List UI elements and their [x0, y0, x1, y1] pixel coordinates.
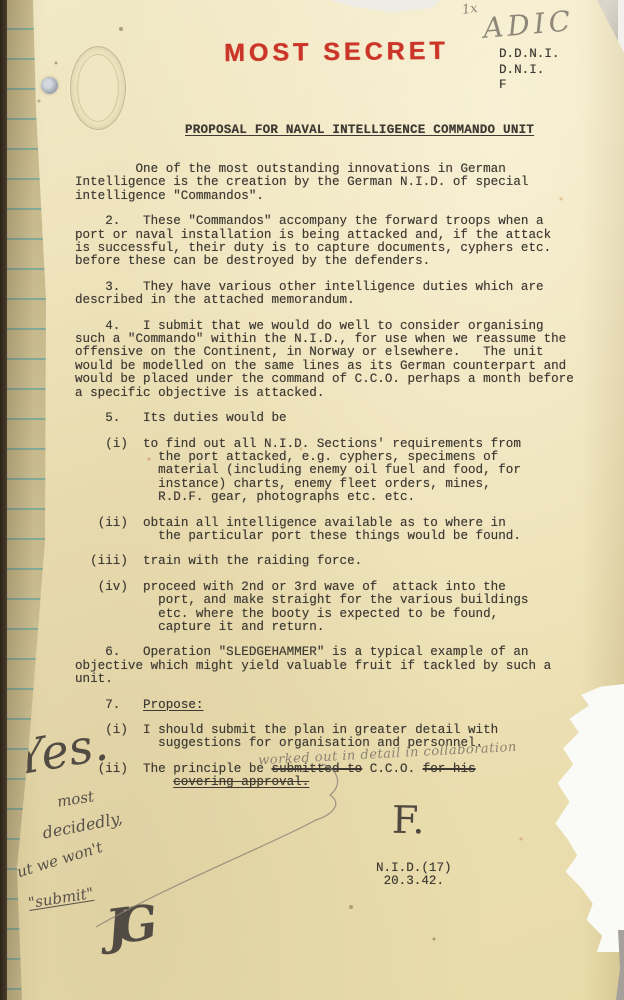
memo-paper: MOST SECRET 1x ADIC D.D.N.I. D.N.I. F PR… [0, 0, 624, 1000]
department-and-date: N.I.D.(17) 20.3.42. [376, 862, 452, 889]
margin-note-decidedly: decidedly, [41, 808, 124, 842]
paragraph-5: 5. Its duties would be [75, 412, 580, 425]
paragraph-4: 4. I submit that we would do well to con… [75, 320, 580, 400]
document-title: PROPOSAL FOR NAVAL INTELLIGENCE COMMANDO… [185, 124, 534, 137]
most-secret-stamp: MOST SECRET [224, 37, 449, 68]
paragraph-7-heading: 7. Propose: [75, 699, 580, 712]
margin-note-submit: "submit" [27, 884, 95, 912]
paragraph-6: 6. Operation "SLEDGEHAMMER" is a typical… [75, 646, 580, 686]
paragraph-2: 2. These "Commandos" accompany the forwa… [75, 215, 580, 269]
memo-body: One of the most outstanding innovations … [75, 163, 580, 802]
paragraph-7-number: 7. [75, 698, 143, 712]
struck-underlined-covering-approval: covering approval. [173, 775, 309, 789]
duty-item-i: (i) to find out all N.I.D. Sections' req… [75, 438, 580, 505]
margin-note-most: most [56, 787, 95, 811]
duty-item-iii: (iii) train with the raiding force. [75, 555, 580, 568]
proposal-ii-text: C.C.O. [362, 762, 422, 776]
embossed-seal-inner-ring [77, 54, 119, 122]
pencil-note-1x: 1x [461, 1, 479, 18]
struck-text-for-his: for his [423, 762, 476, 776]
propose-label: Propose: [143, 698, 203, 712]
binding-edge [0, 0, 7, 1000]
signature-f: F. [392, 798, 425, 843]
hole-punch [41, 77, 58, 94]
duty-item-ii: (ii) obtain all intelligence available a… [75, 517, 580, 544]
embossed-seal [70, 46, 126, 130]
scanned-memo-page: MOST SECRET 1x ADIC D.D.N.I. D.N.I. F PR… [0, 0, 624, 1000]
monogram-signature: JG [103, 896, 149, 956]
pencil-note-adic: ADIC [482, 4, 576, 45]
proposal-item-ii: (ii) The principle be submitted to C.C.O… [75, 763, 580, 790]
paragraph-1: One of the most outstanding innovations … [75, 163, 580, 203]
paragraph-3: 3. They have various other intelligence … [75, 281, 580, 308]
duty-item-iv: (iv) proceed with 2nd or 3rd wave of att… [75, 581, 580, 635]
margin-note-but-we-wont: but we won't [6, 838, 105, 884]
routing-list: D.D.N.I. D.N.I. F [499, 47, 559, 94]
